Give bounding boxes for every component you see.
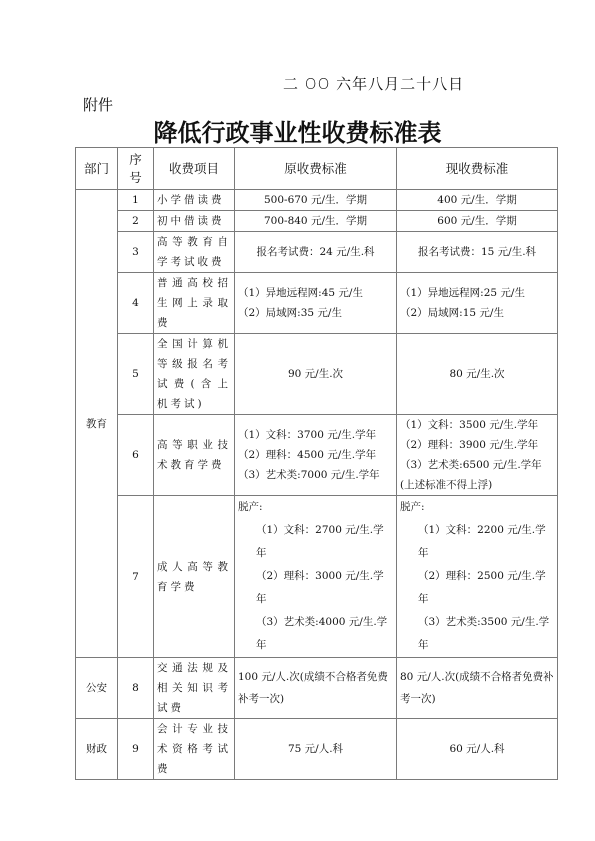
original-standard: 100 元/人.次(成绩不合格者免费补考一次)	[235, 658, 397, 719]
original-standard: 90 元/生.次	[235, 334, 397, 415]
document-title: 降低行政事业性收费标准表	[0, 113, 595, 148]
fee-item: 高等职业技术教育学费	[154, 415, 235, 496]
department-education: 教育	[76, 190, 118, 658]
current-standard: 600 元/生．学期	[397, 211, 558, 232]
original-standard: 脱产: （1）文科：2700 元/生.学年 （2）理科：3000 元/生.学年 …	[235, 496, 397, 658]
row-number: 7	[118, 496, 154, 658]
row-number: 5	[118, 334, 154, 415]
current-standard: 400 元/生．学期	[397, 190, 558, 211]
row-number: 9	[118, 719, 154, 780]
original-standard: （1）异地远程网:45 元/生 （2）局域网:35 元/生	[235, 273, 397, 334]
current-standard: 脱产: （1）文科：2200 元/生.学年 （2）理科：2500 元/生.学年 …	[397, 496, 558, 658]
current-standard: 80 元/人.次(成绩不合格者免费补考一次)	[397, 658, 558, 719]
row-number: 2	[118, 211, 154, 232]
current-standard: 报名考试费：15 元/生.科	[397, 232, 558, 273]
department-finance: 财政	[76, 719, 118, 780]
table-row: 6 高等职业技术教育学费 （1）文科：3700 元/生.学年 （2）理科：450…	[76, 415, 558, 496]
table-row: 5 全国计算机等级报名考试费(含上机考试) 90 元/生.次 80 元/生.次	[76, 334, 558, 415]
current-standard: （1）文科：3500 元/生.学年 （2）理科：3900 元/生.学年 （3）艺…	[397, 415, 558, 496]
col-header-number: 序 号	[118, 148, 154, 190]
row-number: 8	[118, 658, 154, 719]
table-row: 财政 9 会计专业技术资格考试费 75 元/人.科 60 元/人.科	[76, 719, 558, 780]
document-date: 二 OO 六年八月二十八日	[283, 73, 464, 94]
table-header-row: 部门 序 号 收费项目 原收费标准 现收费标准	[76, 148, 558, 190]
original-standard: 700-840 元/生．学期	[235, 211, 397, 232]
original-standard: 500-670 元/生．学期	[235, 190, 397, 211]
fee-standards-table: 部门 序 号 收费项目 原收费标准 现收费标准 教育 1 小学借读费 500-6…	[75, 147, 558, 780]
current-standard: 60 元/人.科	[397, 719, 558, 780]
original-standard: 报名考试费：24 元/生.科	[235, 232, 397, 273]
fee-item: 普通高校招生网上录取费	[154, 273, 235, 334]
col-header-original-standard: 原收费标准	[235, 148, 397, 190]
department-public-security: 公安	[76, 658, 118, 719]
current-standard: （1）异地远程网:25 元/生 （2）局域网:15 元/生	[397, 273, 558, 334]
table-row: 教育 1 小学借读费 500-670 元/生．学期 400 元/生．学期	[76, 190, 558, 211]
fee-item: 小学借读费	[154, 190, 235, 211]
col-header-department: 部门	[76, 148, 118, 190]
fee-item: 初中借读费	[154, 211, 235, 232]
col-header-item: 收费项目	[154, 148, 235, 190]
table-row: 公安 8 交通法规及相关知识考试费 100 元/人.次(成绩不合格者免费补考一次…	[76, 658, 558, 719]
row-number: 4	[118, 273, 154, 334]
col-header-current-standard: 现收费标准	[397, 148, 558, 190]
fee-item: 交通法规及相关知识考试费	[154, 658, 235, 719]
table-row: 4 普通高校招生网上录取费 （1）异地远程网:45 元/生 （2）局域网:35 …	[76, 273, 558, 334]
table-row: 3 高等教育自学考试收费 报名考试费：24 元/生.科 报名考试费：15 元/生…	[76, 232, 558, 273]
table-row: 7 成人高等教育学费 脱产: （1）文科：2700 元/生.学年 （2）理科：3…	[76, 496, 558, 658]
fee-item: 高等教育自学考试收费	[154, 232, 235, 273]
fee-item: 全国计算机等级报名考试费(含上机考试)	[154, 334, 235, 415]
attachment-label: 附件	[83, 94, 113, 115]
fee-item: 会计专业技术资格考试费	[154, 719, 235, 780]
original-standard: 75 元/人.科	[235, 719, 397, 780]
row-number: 6	[118, 415, 154, 496]
table-row: 2 初中借读费 700-840 元/生．学期 600 元/生．学期	[76, 211, 558, 232]
current-standard: 80 元/生.次	[397, 334, 558, 415]
row-number: 3	[118, 232, 154, 273]
row-number: 1	[118, 190, 154, 211]
fee-item: 成人高等教育学费	[154, 496, 235, 658]
original-standard: （1）文科：3700 元/生.学年 （2）理科：4500 元/生.学年 （3）艺…	[235, 415, 397, 496]
